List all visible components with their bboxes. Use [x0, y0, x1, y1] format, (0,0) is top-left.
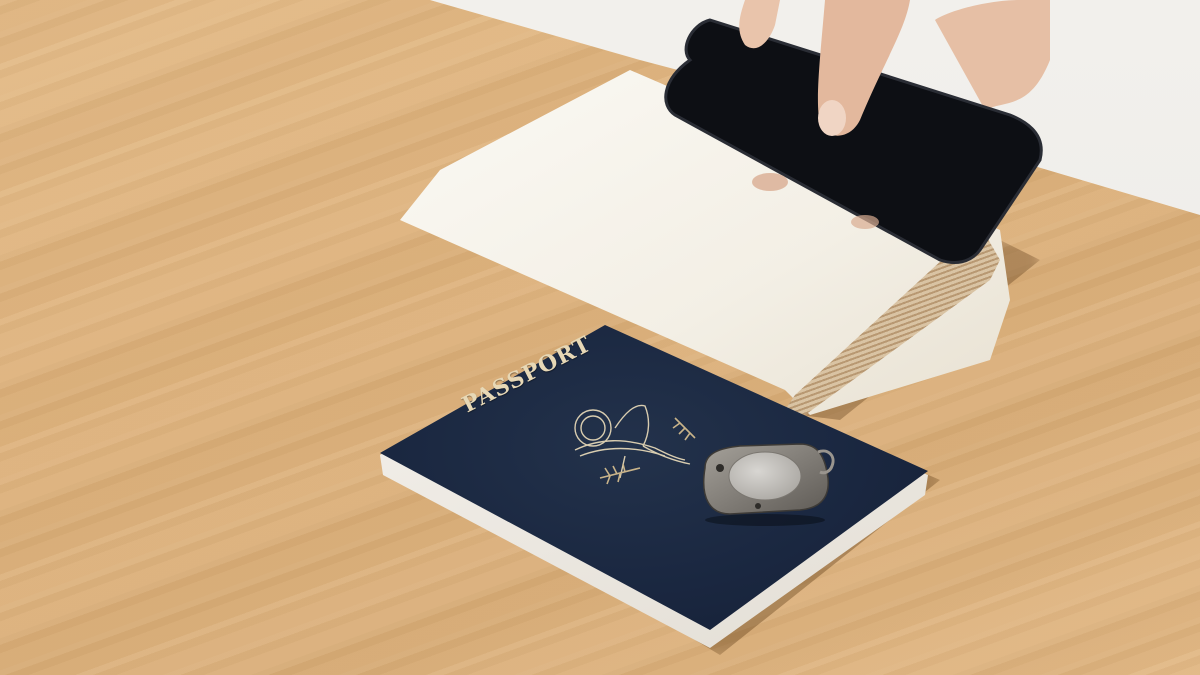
eagle-seal-icon	[555, 398, 710, 493]
smartphone-in-hand	[650, 0, 1050, 270]
tracker-tag-icon	[690, 438, 840, 528]
photo-scene: PASSPORT	[0, 0, 1200, 675]
